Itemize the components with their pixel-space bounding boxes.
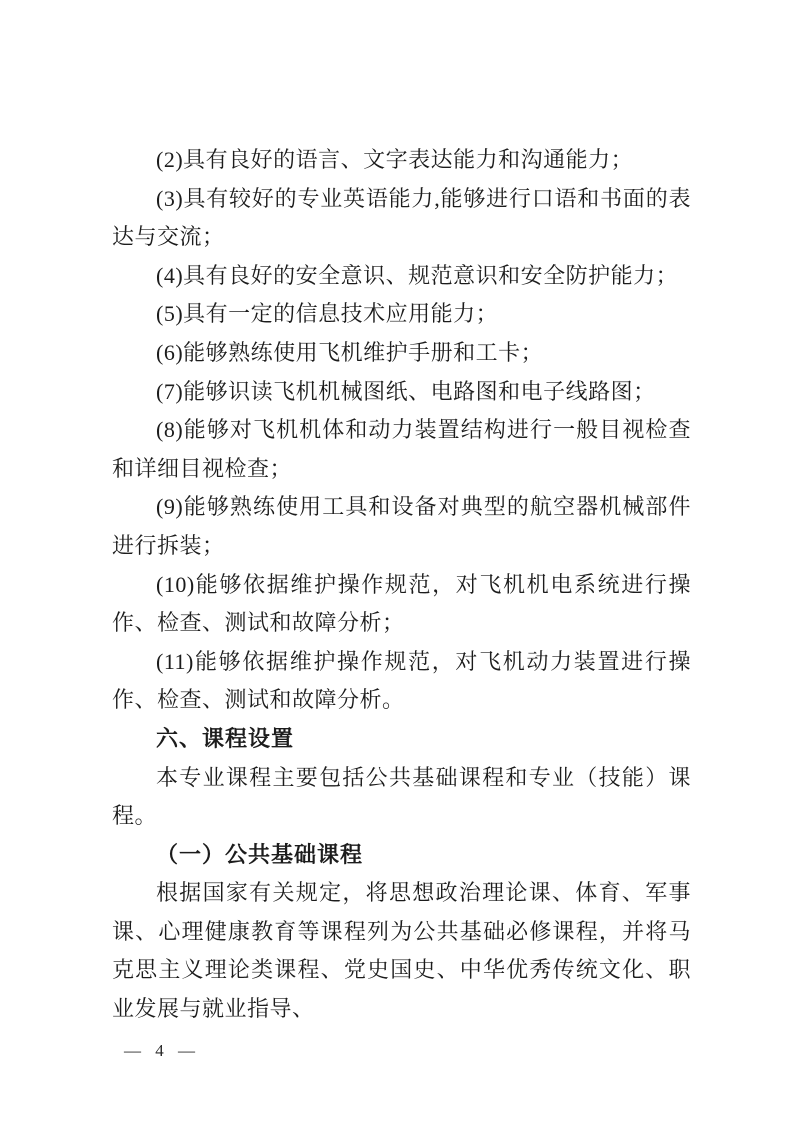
paragraph: (7)能够识读飞机机械图纸、电路图和电子线路图；	[112, 373, 691, 412]
paragraph: (6)能够熟练使用飞机维护手册和工卡；	[112, 334, 691, 373]
subsection-heading-public-basic-courses: （一）公共基础课程	[112, 836, 691, 875]
section-heading-curriculum: 六、课程设置	[112, 720, 691, 759]
document-content: (2)具有良好的语言、文字表达能力和沟通能力； (3)具有较好的专业英语能力,能…	[112, 141, 691, 1029]
paragraph: (8)能够对飞机机体和动力装置结构进行一般目视检查和详细目视检查；	[112, 411, 691, 488]
paragraph: (3)具有较好的专业英语能力,能够进行口语和书面的表达与交流；	[112, 180, 691, 257]
page-number: — 4 —	[124, 1041, 200, 1061]
document-page: (2)具有良好的语言、文字表达能力和沟通能力； (3)具有较好的专业英语能力,能…	[0, 0, 793, 1122]
paragraph: (10)能够依据维护操作规范，对飞机机电系统进行操作、检查、测试和故障分析；	[112, 566, 691, 643]
paragraph: (4)具有良好的安全意识、规范意识和安全防护能力；	[112, 257, 691, 296]
paragraph: (2)具有良好的语言、文字表达能力和沟通能力；	[112, 141, 691, 180]
paragraph: (5)具有一定的信息技术应用能力；	[112, 295, 691, 334]
paragraph: 根据国家有关规定，将思想政治理论课、体育、军事课、心理健康教育等课程列为公共基础…	[112, 874, 691, 1028]
paragraph: (11)能够依据维护操作规范，对飞机动力装置进行操作、检查、测试和故障分析。	[112, 643, 691, 720]
paragraph: (9)能够熟练使用工具和设备对典型的航空器机械部件进行拆装；	[112, 488, 691, 565]
paragraph: 本专业课程主要包括公共基础课程和专业（技能）课程。	[112, 759, 691, 836]
